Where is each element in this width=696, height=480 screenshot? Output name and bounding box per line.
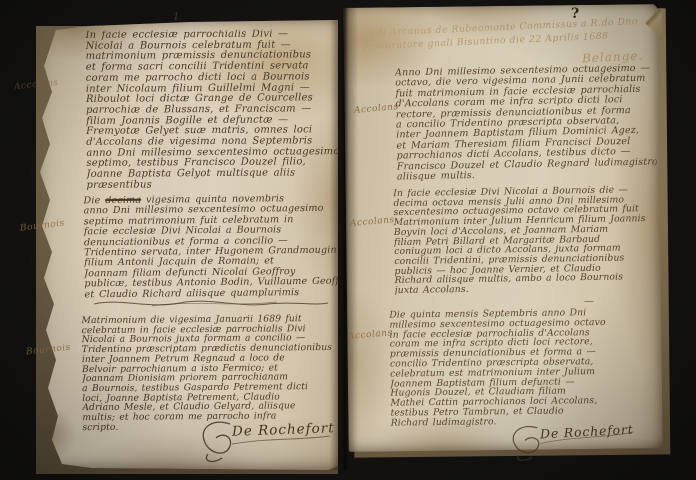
entry-paragraph-left-1: In facie ecclesiæ parrochialis Divi —Nic…	[85, 29, 338, 191]
entry-paragraph-left-2: Die decima vigesima quinta novembris ann…	[83, 194, 338, 301]
entry-paragraph-right-3: Die quinta mensis Septembris anno Dnimil…	[389, 307, 654, 428]
ink-divider-mark: —	[584, 296, 594, 307]
page-number: 1	[173, 12, 179, 23]
entry-paragraph-right-2: In facie ecclesiæ Divi Nicolai a Bournoi…	[393, 185, 657, 296]
paragraph-lines: anno Dni millesimo sexcentesimo octuages…	[84, 204, 339, 300]
entry-paragraph-right-1: Anno Dni millesimo sexcentesimo octuages…	[395, 64, 657, 183]
manuscript-photo: 1 Accolans Bournois Bournois In facie ec…	[0, 0, 696, 480]
manuscript-line: præsentibus	[86, 179, 338, 191]
flourish-separator	[92, 296, 330, 310]
